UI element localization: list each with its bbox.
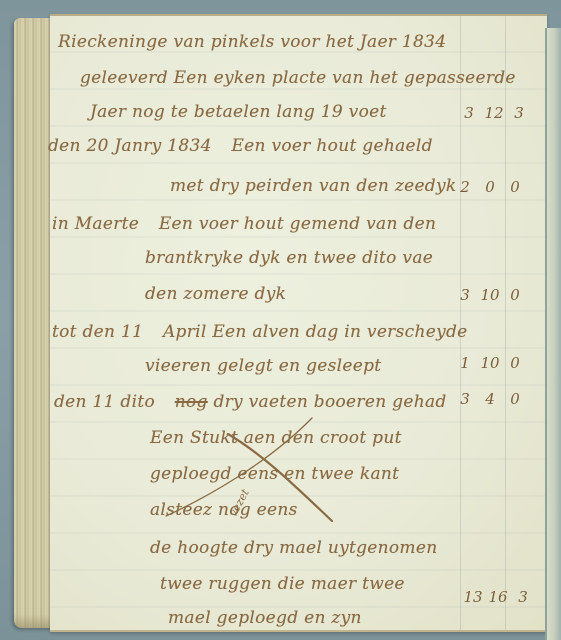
ledger-line: den 11 dito nog dry vaeten booeren gehad	[54, 392, 447, 412]
amount-entry: 3 4 0	[454, 390, 526, 408]
entry-date: den 20 Janry 1834	[48, 136, 212, 156]
ledger-line: brantkryke dyk en twee dito vae	[145, 248, 433, 268]
ledger-line: Een Stukt aen den croot put	[150, 428, 402, 448]
entry-date: den 11 dito	[54, 392, 155, 412]
ledger-title: Rieckeninge van pinkels voor het Jaer 18…	[58, 32, 446, 52]
binding-gutter	[545, 28, 561, 640]
entry-date: in Maerte	[52, 214, 139, 234]
ledger-line: geleeverd Een eyken placte van het gepas…	[80, 68, 516, 88]
struck-word: nog	[175, 392, 208, 412]
ledger-line: alsteez nog eens	[150, 500, 298, 520]
ledger-line: in Maerte Een voer hout gemend van den	[52, 214, 436, 234]
ledger-line: vieeren gelegt en gesleept	[145, 356, 381, 376]
amount-entry: 1 10 0	[454, 354, 526, 372]
ledger-line: met dry peirden van den zeedyk	[170, 176, 457, 196]
amount-entry: 3 10 0	[454, 286, 526, 304]
amount-entry: 2 0 0	[454, 178, 526, 196]
ledger-line: tot den 11 April Een alven dag in versch…	[52, 322, 468, 342]
entry-date: tot den 11	[52, 322, 143, 342]
ledger-line: de hoogte dry mael uytgenomen	[150, 538, 437, 558]
ledger-line: mael geploegd en zyn	[168, 608, 362, 628]
ledger-line: Jaer nog te betaelen lang 19 voet	[90, 102, 387, 122]
amount-total: 13 16 3	[462, 588, 534, 606]
amount-entry: 3 12 3	[458, 104, 530, 122]
ledger-line: den 20 Janry 1834 Een voer hout gehaeld	[48, 136, 433, 156]
ledger-line: geploegd eens en twee kant	[150, 464, 399, 484]
ledger-line: twee ruggen die maer twee	[160, 574, 405, 594]
ledger-line: den zomere dyk	[145, 284, 286, 304]
page-edges-stack	[14, 18, 54, 628]
ledger-page: Rieckeninge van pinkels voor het Jaer 18…	[50, 14, 547, 632]
